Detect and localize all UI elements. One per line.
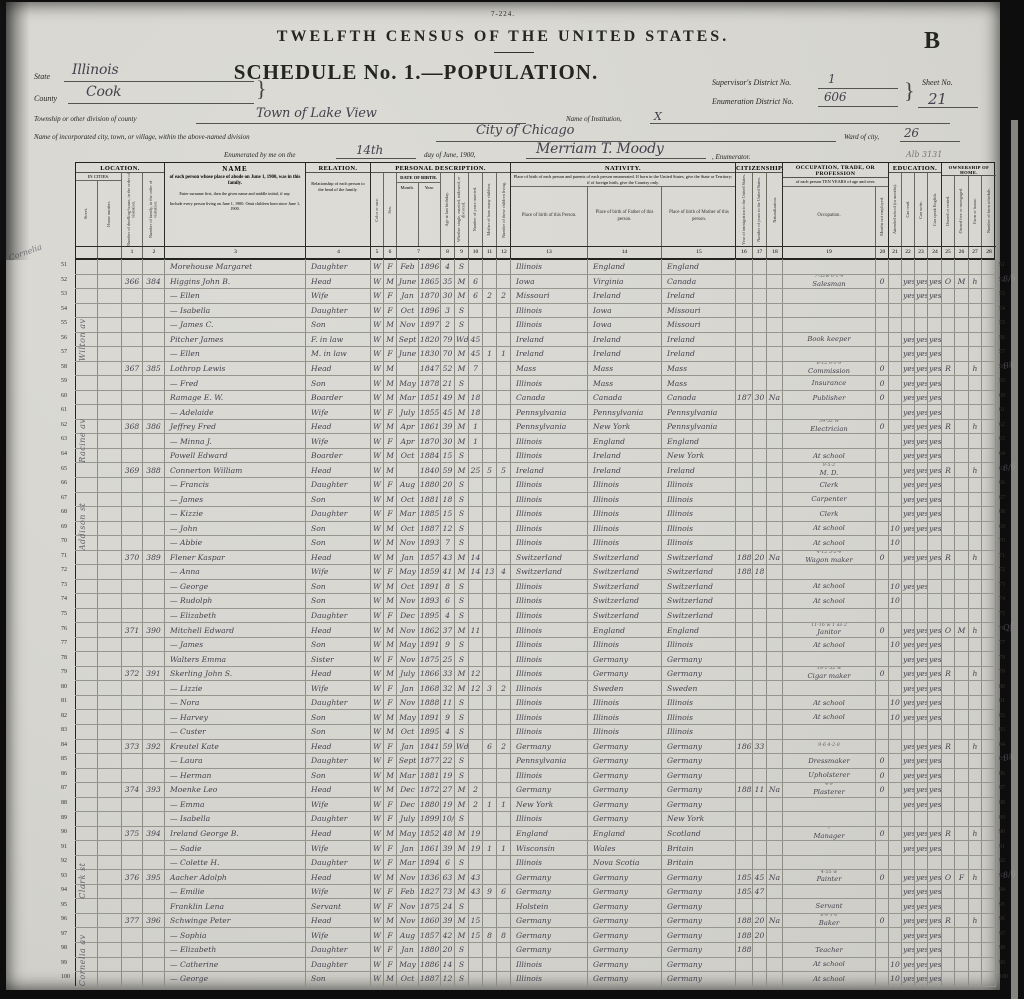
cell-pm: Germany bbox=[662, 768, 736, 783]
cell-wr: yes bbox=[915, 405, 928, 420]
cell-en bbox=[928, 565, 942, 580]
cell-en: yes bbox=[928, 972, 942, 987]
cell-na bbox=[767, 739, 783, 754]
line-number-right: 59 bbox=[999, 378, 1005, 384]
cell-rd: yes bbox=[902, 550, 915, 565]
cell-en: yes bbox=[928, 507, 942, 522]
cell-iy bbox=[736, 434, 753, 449]
cell-mn: 0 bbox=[876, 361, 889, 376]
cell-bm: Jan bbox=[397, 681, 419, 696]
cell-d bbox=[122, 928, 143, 943]
cell-fm bbox=[955, 434, 969, 449]
cell-a: 11 bbox=[441, 695, 455, 710]
cell-a: 4 bbox=[441, 725, 455, 740]
cell-c: W bbox=[371, 652, 384, 667]
line-number-right: 96 bbox=[999, 916, 1005, 922]
cell-house bbox=[98, 521, 122, 536]
cell-pm: Germany bbox=[662, 972, 736, 987]
table-row: — JohnSonWMOct188712SIllinoisIllinoisIll… bbox=[76, 521, 996, 536]
cell-at bbox=[889, 899, 902, 914]
cell-na bbox=[767, 405, 783, 420]
cell-cb: 1 bbox=[483, 797, 497, 812]
cell-pm: Canada bbox=[662, 274, 736, 289]
cell-cb bbox=[483, 260, 497, 275]
table-row: 376395Aacher AdolphHeadWMNov183663M43Ger… bbox=[76, 870, 996, 885]
cell-c: W bbox=[371, 361, 384, 376]
cell-rd: yes bbox=[902, 332, 915, 347]
cell-oc: 11-16 w 1 ao 2Janitor bbox=[783, 623, 876, 638]
cell-mn bbox=[876, 303, 889, 318]
cell-by: 1880 bbox=[419, 942, 441, 957]
cell-a: 30 bbox=[441, 289, 455, 304]
cell-en bbox=[928, 318, 942, 333]
cell-d bbox=[122, 448, 143, 463]
cell-ym: 12 bbox=[469, 666, 483, 681]
column-number: 28 bbox=[982, 247, 996, 258]
cell-c: W bbox=[371, 477, 384, 492]
cell-on bbox=[942, 972, 955, 987]
cell-bm: Oct bbox=[397, 725, 419, 740]
cell-ym: 1 bbox=[469, 419, 483, 434]
cell-rd: yes bbox=[902, 477, 915, 492]
cell-by: 1820 bbox=[419, 332, 441, 347]
cell-at bbox=[889, 754, 902, 769]
cell-wr: yes bbox=[915, 623, 928, 638]
cell-c: W bbox=[371, 972, 384, 987]
cell-a: 2 bbox=[441, 318, 455, 333]
cell-pm: Canada bbox=[662, 390, 736, 405]
cell-pb: Germany bbox=[511, 783, 588, 798]
column-label: Months not employed. bbox=[876, 187, 889, 246]
cell-pb: Illinois bbox=[511, 666, 588, 681]
cell-street bbox=[76, 710, 98, 725]
cell-a: 12 bbox=[441, 972, 455, 987]
cell-fs bbox=[982, 536, 996, 551]
cell-cb: 6 bbox=[483, 739, 497, 754]
cell-m: S bbox=[455, 536, 469, 551]
cell-fm bbox=[955, 899, 969, 914]
column-number: 15 bbox=[662, 247, 736, 258]
cell-rl: Daughter bbox=[306, 303, 371, 318]
cell-f bbox=[143, 579, 165, 594]
cell-fh bbox=[969, 942, 982, 957]
cell-fm bbox=[955, 855, 969, 870]
cell-rd bbox=[902, 608, 915, 623]
cell-m: S bbox=[455, 521, 469, 536]
line-number-right: 82 bbox=[999, 713, 1005, 719]
column-number: 8 bbox=[441, 247, 455, 258]
cell-bm: Oct bbox=[397, 972, 419, 987]
cell-ym: 15 bbox=[469, 913, 483, 928]
cell-rd bbox=[902, 318, 915, 333]
cell-m: S bbox=[455, 972, 469, 987]
relation-title: RELATION. bbox=[306, 163, 370, 173]
cell-m: M bbox=[455, 274, 469, 289]
cell-house bbox=[98, 376, 122, 391]
table-row: 369388Connerton WilliamHeadWM184059M2555… bbox=[76, 463, 996, 478]
cell-ym bbox=[469, 812, 483, 827]
cell-cl: 1 bbox=[497, 841, 511, 856]
cell-d bbox=[122, 390, 143, 405]
column-number-row: 131415 bbox=[511, 246, 735, 258]
line-number-left: 67 bbox=[61, 495, 67, 501]
cell-mn: 0 bbox=[876, 419, 889, 434]
cell-mn: 0 bbox=[876, 274, 889, 289]
cell-fs bbox=[982, 477, 996, 492]
cell-rl: Son bbox=[306, 492, 371, 507]
cell-nm: — Elizabeth bbox=[165, 942, 306, 957]
cell-bm: Sept bbox=[397, 754, 419, 769]
cell-iy: 1880 bbox=[736, 928, 753, 943]
column-label: Can read. bbox=[902, 173, 915, 246]
cell-at bbox=[889, 405, 902, 420]
cell-by: 1855 bbox=[419, 405, 441, 420]
line-number-right: 62 bbox=[999, 422, 1005, 428]
cell-s: M bbox=[384, 448, 397, 463]
cell-at bbox=[889, 942, 902, 957]
cell-oc: Publisher bbox=[783, 390, 876, 405]
cell-yu bbox=[753, 376, 767, 391]
cell-yu bbox=[753, 289, 767, 304]
cell-rl: Wife bbox=[306, 681, 371, 696]
cell-fs bbox=[982, 797, 996, 812]
cell-rd: yes bbox=[902, 710, 915, 725]
line-number-left: 99 bbox=[61, 960, 67, 966]
cell-pm: Illinois bbox=[662, 477, 736, 492]
cell-bm: May bbox=[397, 637, 419, 652]
cell-mn bbox=[876, 637, 889, 652]
margin-note-top-right: Alb 3131 bbox=[906, 150, 942, 159]
cell-m: M bbox=[455, 347, 469, 362]
cell-d bbox=[122, 507, 143, 522]
cell-s: M bbox=[384, 521, 397, 536]
line-number-left: 97 bbox=[61, 931, 67, 937]
cell-bm: Jan bbox=[397, 942, 419, 957]
cell-bm: Oct bbox=[397, 521, 419, 536]
column-number: 20 bbox=[876, 247, 889, 258]
name-title: NAME bbox=[169, 165, 301, 173]
cell-pf: Illinois bbox=[588, 695, 662, 710]
cell-iy: 1867 bbox=[736, 739, 753, 754]
column-number-row: 25262728 bbox=[942, 246, 996, 258]
cell-pf: Illinois bbox=[588, 521, 662, 536]
cell-fs bbox=[982, 594, 996, 609]
cell-pb: Switzerland bbox=[511, 565, 588, 580]
cell-iy bbox=[736, 899, 753, 914]
cell-at: 10 bbox=[889, 957, 902, 972]
cell-iy bbox=[736, 492, 753, 507]
cell-d bbox=[122, 855, 143, 870]
cell-on bbox=[942, 884, 955, 899]
cell-c: W bbox=[371, 783, 384, 798]
cell-s: F bbox=[384, 797, 397, 812]
cell-ym bbox=[469, 637, 483, 652]
cell-on bbox=[942, 812, 955, 827]
cell-en bbox=[928, 855, 942, 870]
cell-cb bbox=[483, 608, 497, 623]
cell-ym bbox=[469, 579, 483, 594]
cell-cl bbox=[497, 695, 511, 710]
table-row: — ElizabethDaughterWFJan188020SGermanyGe… bbox=[76, 942, 996, 957]
cell-pm: Switzerland bbox=[662, 565, 736, 580]
table-row: — NoraDaughterWFNov188811SIllinoisIllino… bbox=[76, 695, 996, 710]
line-number-left: 95 bbox=[61, 902, 67, 908]
cell-cl bbox=[497, 754, 511, 769]
line-number-left: 82 bbox=[61, 713, 67, 719]
cell-oc: Insurance bbox=[783, 376, 876, 391]
cell-yu: 20 bbox=[753, 550, 767, 565]
cell-on bbox=[942, 318, 955, 333]
cell-c: W bbox=[371, 637, 384, 652]
cell-wr: yes bbox=[915, 448, 928, 463]
column-number bbox=[76, 247, 98, 258]
cell-c: W bbox=[371, 594, 384, 609]
cell-cl bbox=[497, 768, 511, 783]
cell-cl: 5 bbox=[497, 463, 511, 478]
cell-iy: 1880 bbox=[736, 942, 753, 957]
cell-yu bbox=[753, 361, 767, 376]
cell-bm: May bbox=[397, 376, 419, 391]
cell-pf: Ireland bbox=[588, 289, 662, 304]
cell-oc bbox=[783, 681, 876, 696]
education-title: EDUCATION. bbox=[889, 163, 941, 173]
cell-f bbox=[143, 957, 165, 972]
cell-fs bbox=[982, 492, 996, 507]
cell-m: S bbox=[455, 768, 469, 783]
cell-na bbox=[767, 463, 783, 478]
cell-cl bbox=[497, 477, 511, 492]
line-number-left: 91 bbox=[61, 844, 67, 850]
column-number: 26 bbox=[955, 247, 969, 258]
cell-c: W bbox=[371, 666, 384, 681]
cell-mn: 0 bbox=[876, 623, 889, 638]
column-label: Naturalization. bbox=[767, 173, 783, 246]
cell-m: S bbox=[455, 579, 469, 594]
column-number-row: 12 bbox=[76, 246, 164, 258]
cell-nm: — Kizzie bbox=[165, 507, 306, 522]
cell-ym: 18 bbox=[469, 405, 483, 420]
cell-by: 1841 bbox=[419, 739, 441, 754]
enumerator-signature: Merriam T. Moody bbox=[536, 141, 664, 157]
cell-at bbox=[889, 260, 902, 275]
cell-yu: 20 bbox=[753, 913, 767, 928]
cell-mn bbox=[876, 942, 889, 957]
cell-fs bbox=[982, 405, 996, 420]
dob-title: DATE OF BIRTH. bbox=[397, 173, 440, 183]
cell-yu bbox=[753, 695, 767, 710]
cell-fh: h bbox=[969, 550, 982, 565]
cell-wr: yes bbox=[915, 637, 928, 652]
cell-iy bbox=[736, 405, 753, 420]
line-number-left: 83 bbox=[61, 727, 67, 733]
cell-s: F bbox=[384, 695, 397, 710]
cell-na bbox=[767, 899, 783, 914]
cell-f: 392 bbox=[143, 739, 165, 754]
cell-on bbox=[942, 507, 955, 522]
cell-d bbox=[122, 695, 143, 710]
line-number-left: 56 bbox=[61, 335, 67, 341]
cell-nm: — Minna J. bbox=[165, 434, 306, 449]
enumerated-day: 14th bbox=[356, 143, 383, 157]
cell-en: yes bbox=[928, 768, 942, 783]
cell-oc: At school bbox=[783, 536, 876, 551]
cell-na bbox=[767, 666, 783, 681]
cell-mn bbox=[876, 725, 889, 740]
cell-a: 35 bbox=[441, 274, 455, 289]
cell-fm bbox=[955, 652, 969, 667]
cell-iy bbox=[736, 855, 753, 870]
cell-ym: 7 bbox=[469, 361, 483, 376]
cell-rd bbox=[902, 725, 915, 740]
line-number-right: 57 bbox=[999, 349, 1005, 355]
cell-fm bbox=[955, 536, 969, 551]
cell-fm bbox=[955, 768, 969, 783]
cell-wr: yes bbox=[915, 695, 928, 710]
cell-pf: Switzerland bbox=[588, 594, 662, 609]
line-number-right: 71 bbox=[999, 553, 1005, 559]
cell-s: F bbox=[384, 739, 397, 754]
cell-pf: Illinois bbox=[588, 710, 662, 725]
cell-d bbox=[122, 652, 143, 667]
cell-pf: Germany bbox=[588, 797, 662, 812]
cell-wr: yes bbox=[915, 434, 928, 449]
column-number-row: 161718 bbox=[736, 246, 782, 258]
cell-yu bbox=[753, 841, 767, 856]
cell-rl: Sister bbox=[306, 652, 371, 667]
line-number-left: 86 bbox=[61, 771, 67, 777]
cell-fh bbox=[969, 492, 982, 507]
cell-pf: England bbox=[588, 826, 662, 841]
cell-at bbox=[889, 347, 902, 362]
cell-ym: 14 bbox=[469, 565, 483, 580]
cell-c: W bbox=[371, 274, 384, 289]
cell-bm: Jan bbox=[397, 841, 419, 856]
cell-ym: 6 bbox=[469, 274, 483, 289]
cell-a: 18 bbox=[441, 492, 455, 507]
cell-at: 10 bbox=[889, 710, 902, 725]
cell-yu bbox=[753, 579, 767, 594]
name-note: of each person whose place of abode on J… bbox=[169, 175, 301, 187]
cell-d bbox=[122, 681, 143, 696]
cell-oc bbox=[783, 434, 876, 449]
cell-by: 1860 bbox=[419, 913, 441, 928]
cell-cl bbox=[497, 390, 511, 405]
cell-f bbox=[143, 754, 165, 769]
cell-cl bbox=[497, 332, 511, 347]
cell-at bbox=[889, 870, 902, 885]
cell-on: O bbox=[942, 623, 955, 638]
table-row: 370389Flener KasparHeadWMJan185743M14Swi… bbox=[76, 550, 996, 565]
cell-rd: yes bbox=[902, 492, 915, 507]
cell-at bbox=[889, 507, 902, 522]
cell-rl: Head bbox=[306, 361, 371, 376]
cell-rl: Daughter bbox=[306, 695, 371, 710]
cell-pb: Missouri bbox=[511, 289, 588, 304]
cell-na bbox=[767, 855, 783, 870]
cell-oc bbox=[783, 608, 876, 623]
cell-pm: Illinois bbox=[662, 507, 736, 522]
cell-f bbox=[143, 841, 165, 856]
cell-wr: yes bbox=[915, 419, 928, 434]
ownership-title: OWNERSHIP OF HOME. bbox=[942, 163, 996, 176]
cell-bm: Nov bbox=[397, 623, 419, 638]
cell-rl: Head bbox=[306, 419, 371, 434]
cell-wr: yes bbox=[915, 739, 928, 754]
cell-f bbox=[143, 768, 165, 783]
line-number-right: 54 bbox=[999, 306, 1005, 312]
column-label: House number. bbox=[98, 181, 121, 246]
cell-iy bbox=[736, 826, 753, 841]
cell-pm: Germany bbox=[662, 928, 736, 943]
cell-oc: At school bbox=[783, 695, 876, 710]
cell-c: W bbox=[371, 695, 384, 710]
ward-label: Ward of city, bbox=[844, 133, 879, 141]
cell-mn bbox=[876, 797, 889, 812]
cell-wr bbox=[915, 303, 928, 318]
cell-en: yes bbox=[928, 710, 942, 725]
line-number-right: 60 bbox=[999, 393, 1005, 399]
cell-cl bbox=[497, 434, 511, 449]
cell-bm: May bbox=[397, 957, 419, 972]
line-number-left: 85 bbox=[61, 756, 67, 762]
cell-na bbox=[767, 361, 783, 376]
cell-na bbox=[767, 303, 783, 318]
cell-ym bbox=[469, 448, 483, 463]
cell-cl: 2 bbox=[497, 289, 511, 304]
cell-on bbox=[942, 347, 955, 362]
cell-na bbox=[767, 695, 783, 710]
cell-on bbox=[942, 434, 955, 449]
cell-a: 22 bbox=[441, 754, 455, 769]
cell-on bbox=[942, 899, 955, 914]
cell-house bbox=[98, 972, 122, 987]
cell-at bbox=[889, 797, 902, 812]
line-number-right: 68 bbox=[999, 509, 1005, 515]
cell-cb bbox=[483, 942, 497, 957]
cell-mn bbox=[876, 405, 889, 420]
cell-nm: — Emilie bbox=[165, 884, 306, 899]
cell-bm: July bbox=[397, 812, 419, 827]
cell-wr: yes bbox=[915, 783, 928, 798]
table-row: Ramage E. W.BoarderWMMar185149M18CanadaC… bbox=[76, 390, 996, 405]
line-number-right: 81 bbox=[999, 698, 1005, 704]
cell-pm: Germany bbox=[662, 884, 736, 899]
cell-c: W bbox=[371, 536, 384, 551]
cell-pb: Canada bbox=[511, 390, 588, 405]
cell-yu bbox=[753, 652, 767, 667]
line-number-left: 90 bbox=[61, 829, 67, 835]
cell-rl: Daughter bbox=[306, 477, 371, 492]
cell-street bbox=[76, 594, 98, 609]
cell-pf: England bbox=[588, 434, 662, 449]
street-name: Racine av bbox=[78, 361, 87, 463]
cell-fm bbox=[955, 361, 969, 376]
cell-mn bbox=[876, 972, 889, 987]
cell-c: W bbox=[371, 913, 384, 928]
cell-nm: — Laura bbox=[165, 754, 306, 769]
cell-rd: yes bbox=[902, 637, 915, 652]
cell-f bbox=[143, 797, 165, 812]
cell-rd: yes bbox=[902, 419, 915, 434]
cell-fh bbox=[969, 710, 982, 725]
column-number: 17 bbox=[753, 247, 767, 258]
cell-f bbox=[143, 376, 165, 391]
cell-rl: Daughter bbox=[306, 855, 371, 870]
cell-cb bbox=[483, 361, 497, 376]
cell-f bbox=[143, 347, 165, 362]
line-number-left: 81 bbox=[61, 698, 67, 704]
cell-m: M bbox=[455, 289, 469, 304]
